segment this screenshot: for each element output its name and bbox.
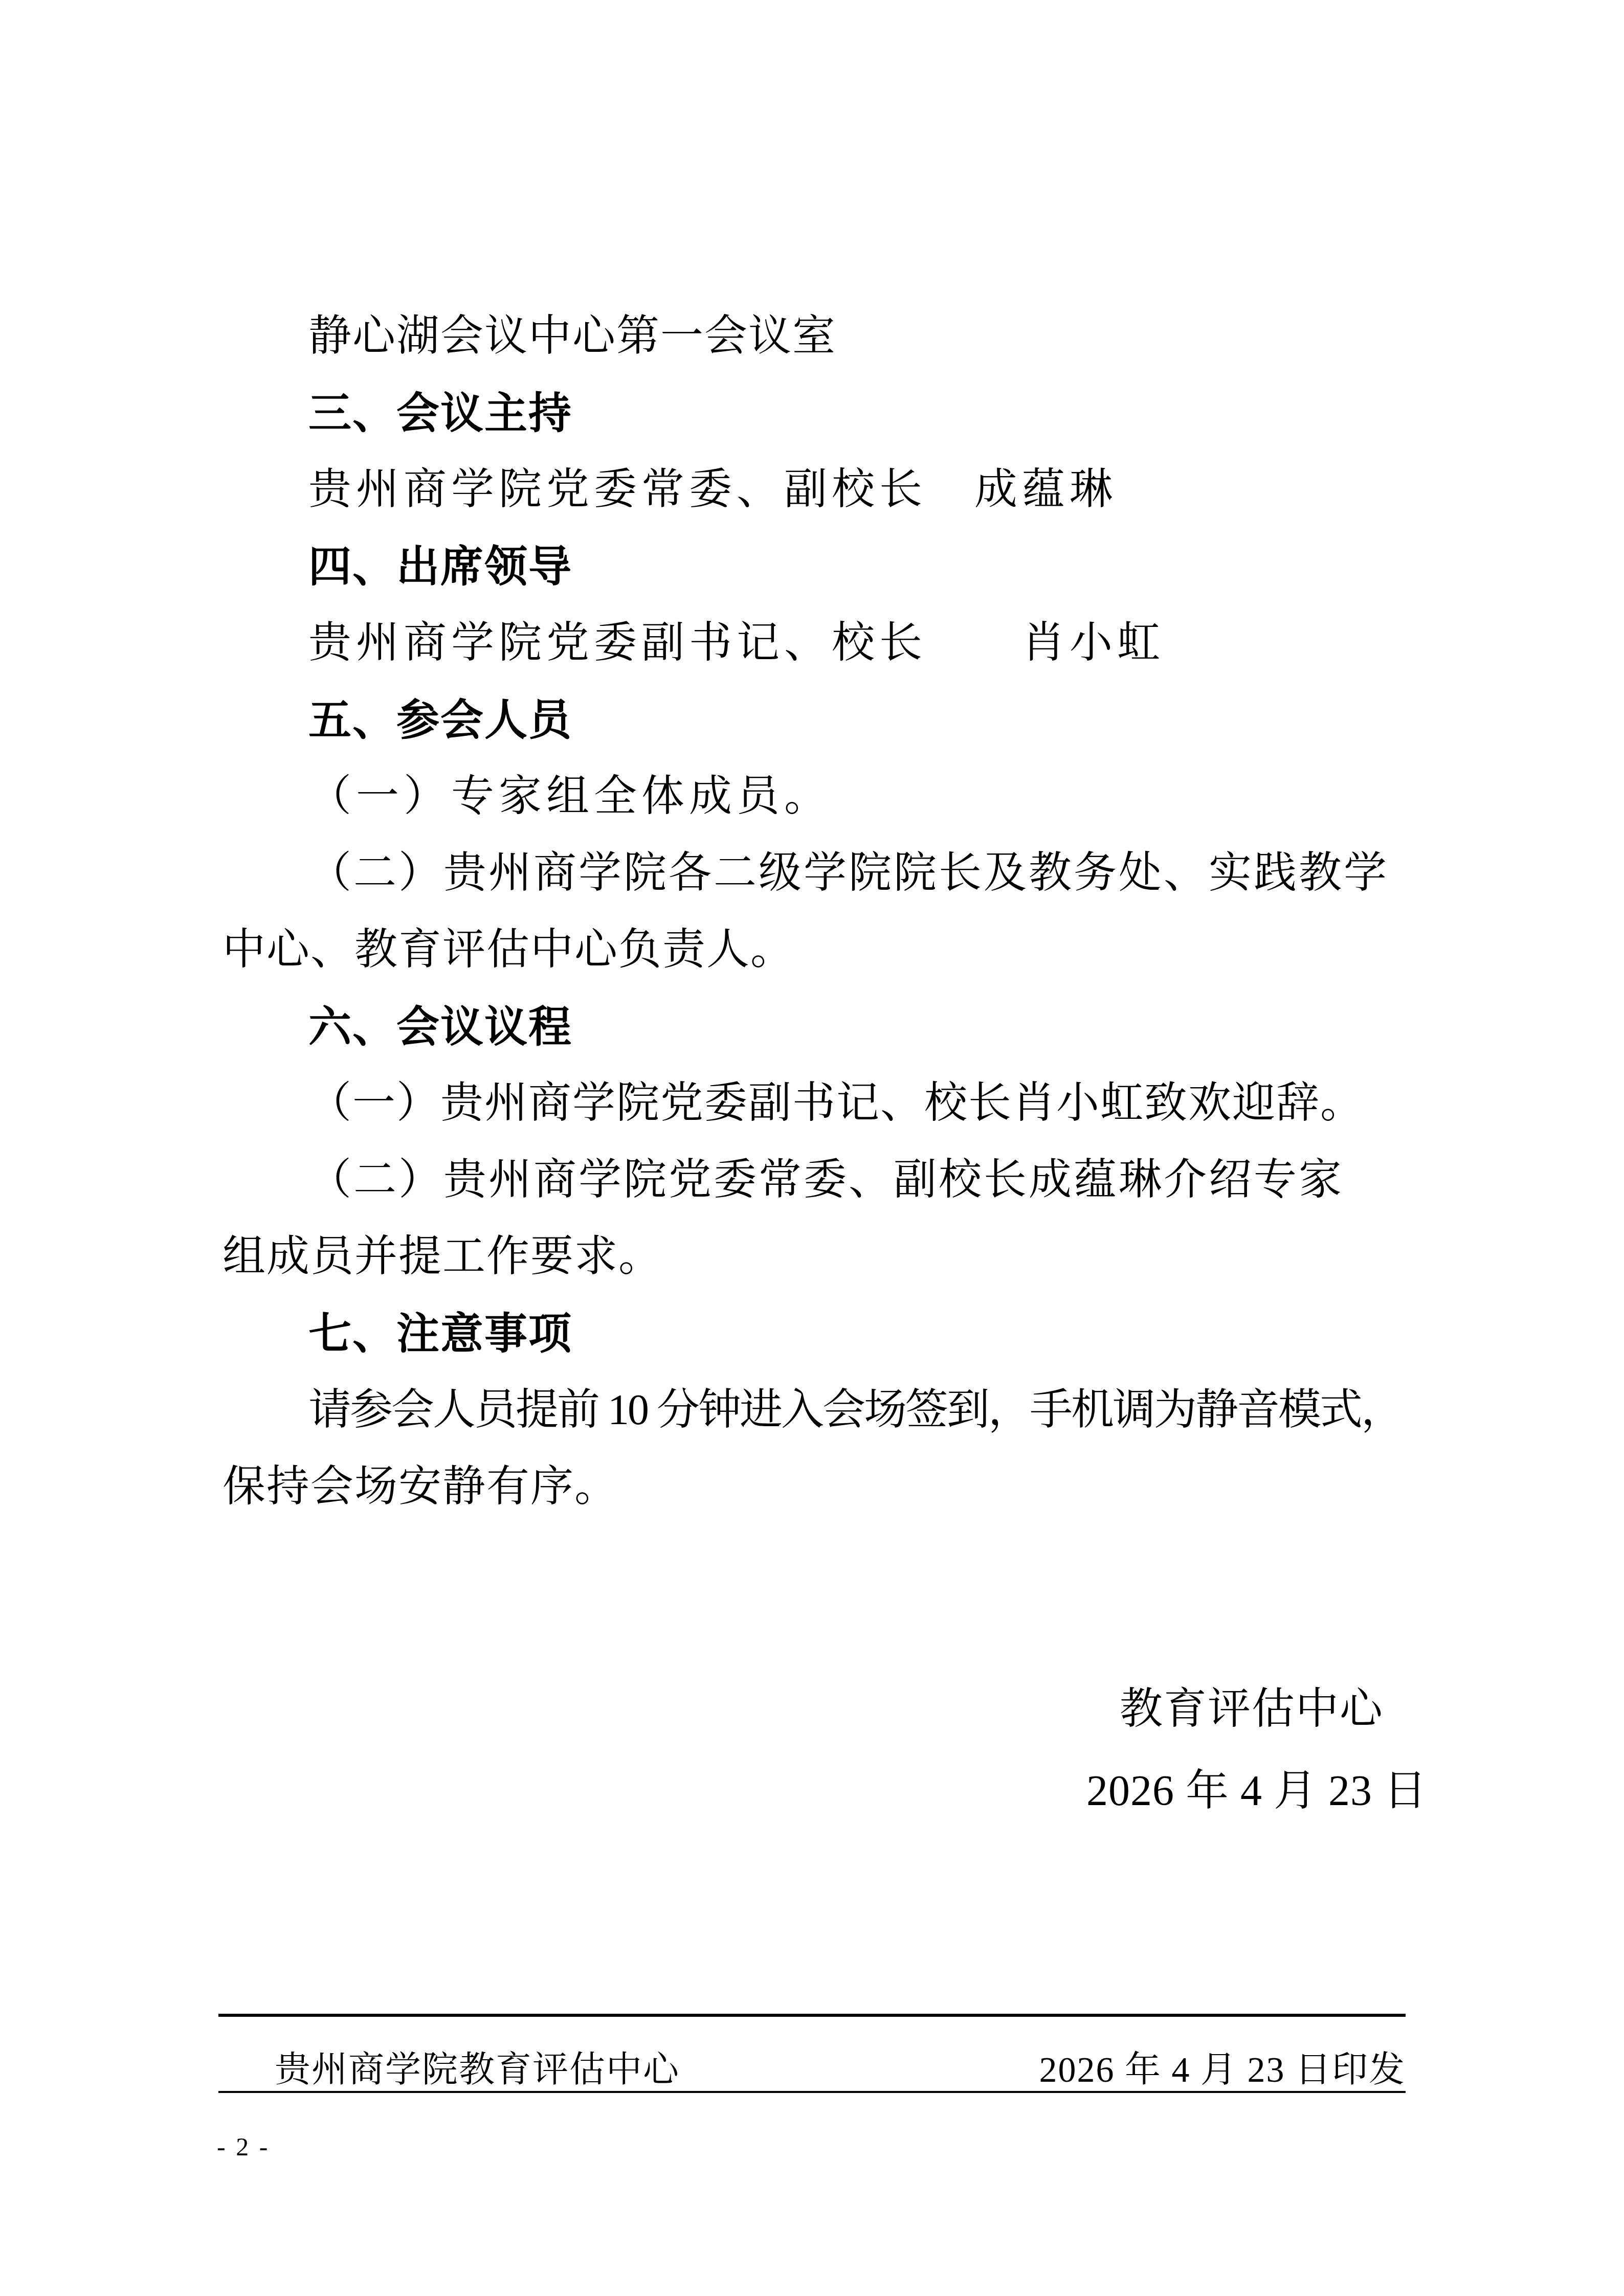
meeting-host-line: 贵州商学院党委常委、副校长 成蕴琳 [223, 452, 1404, 528]
participants-item-2-cont: 中心、教育评估中心负责人。 [223, 912, 1404, 988]
closing-date: 2026 年 4 月 23 日 [1086, 1750, 1427, 1832]
footer-print-date: 2026 年 4 月 23 日印发 [1039, 2041, 1406, 2092]
venue-line: 静心湖会议中心第一会议室 [223, 298, 1404, 375]
closing-signer: 教育评估中心 [1086, 1669, 1427, 1750]
attending-leader-line: 贵州商学院党委副书记、校长 肖小虹 [223, 605, 1404, 682]
participants-item-1: （一）专家组全体成员。 [223, 758, 1404, 835]
notes-line-2: 保持会场安静有序。 [223, 1449, 1404, 1525]
notes-line-1: 请参会人员提前 10 分钟进入会场签到，手机调为静音模式， [223, 1372, 1404, 1449]
document-body: 静心湖会议中心第一会议室 三、会议主持 贵州商学院党委常委、副校长 成蕴琳 四、… [223, 298, 1404, 1525]
agenda-item-1: （一）贵州商学院党委副书记、校长肖小虹致欢迎辞。 [223, 1065, 1404, 1142]
agenda-item-2-cont: 组成员并提工作要求。 [223, 1219, 1404, 1295]
heading-attending-leaders: 四、出席领导 [223, 528, 1404, 605]
heading-notes: 七、注意事项 [223, 1295, 1404, 1372]
heading-agenda: 六、会议议程 [223, 988, 1404, 1065]
agenda-item-2: （二）贵州商学院党委常委、副校长成蕴琳介绍专家 [223, 1142, 1404, 1219]
heading-meeting-host: 三、会议主持 [223, 375, 1404, 452]
footer-rule-top [218, 2014, 1406, 2017]
footer-rule-bottom [218, 2091, 1406, 2093]
document-page: 静心湖会议中心第一会议室 三、会议主持 贵州商学院党委常委、副校长 成蕴琳 四、… [0, 0, 1624, 2296]
participants-item-2: （二）贵州商学院各二级学院院长及教务处、实践教学 [223, 835, 1404, 912]
closing-block: 教育评估中心 2026 年 4 月 23 日 [1086, 1669, 1427, 1832]
page-number: - 2 - [217, 2131, 270, 2162]
footer-issuer: 贵州商学院教育评估中心 [275, 2041, 680, 2092]
footer-row: 贵州商学院教育评估中心 2026 年 4 月 23 日印发 [218, 2043, 1406, 2089]
heading-participants: 五、参会人员 [223, 682, 1404, 758]
